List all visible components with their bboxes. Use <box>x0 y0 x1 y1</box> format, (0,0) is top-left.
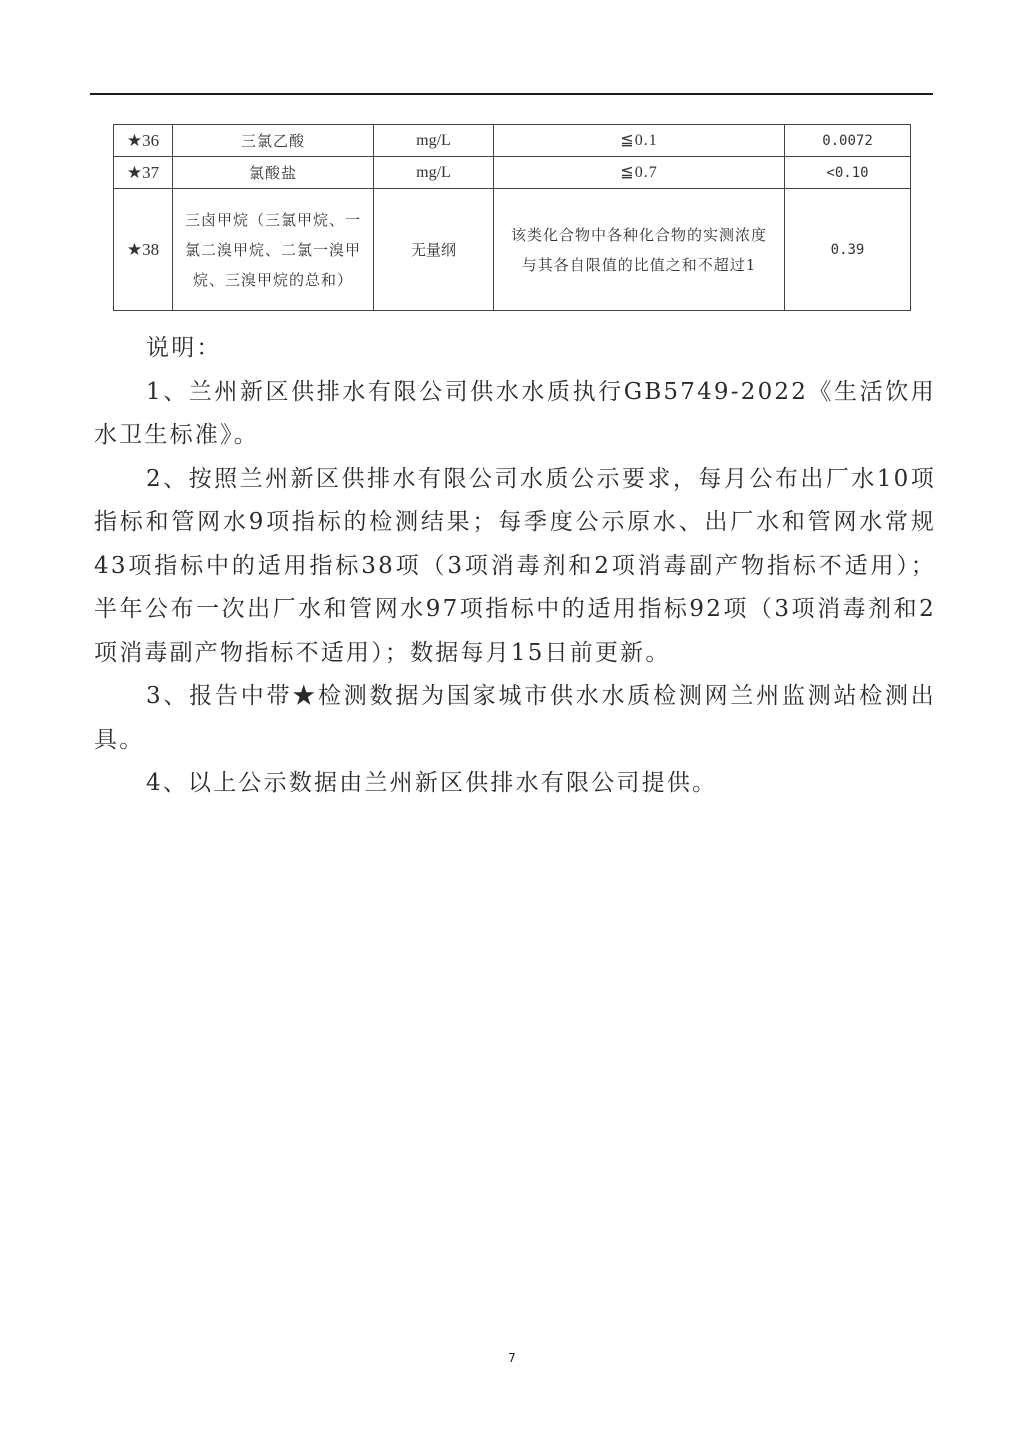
item-unit: mg/L <box>374 125 494 157</box>
item-limit: 该类化合物中各种化合物的实测浓度与其各自限值的比值之和不超过1 <box>494 189 785 311</box>
table-row: ★36 三氯乙酸 mg/L ≦0.1 0.0072 <box>114 125 911 157</box>
header-rule <box>90 93 933 95</box>
table-row: ★37 氯酸盐 mg/L ≦0.7 <0.10 <box>114 157 911 189</box>
item-name: 氯酸盐 <box>173 157 374 189</box>
item-name: 三卤甲烷（三氯甲烷、一氯二溴甲烷、二氯一溴甲烷、三溴甲烷的总和） <box>173 189 374 311</box>
item-limit-value: ≦0.1 <box>620 132 657 149</box>
note-item-4: 4、以上公示数据由兰州新区供排水有限公司提供。 <box>94 762 936 806</box>
item-unit: 无量纲 <box>374 189 494 311</box>
item-number: ★38 <box>114 189 173 311</box>
item-limit: ≦0.1 <box>494 125 785 157</box>
note-item-2: 2、按照兰州新区供排水有限公司水质公示要求，每月公布出厂水10项指标和管网水9项… <box>94 458 936 676</box>
notes-section: 说明： 1、兰州新区供排水有限公司供水水质执行GB5749-2022《生活饮用水… <box>94 327 936 806</box>
item-result: 0.39 <box>785 189 911 311</box>
item-number: ★36 <box>114 125 173 157</box>
item-result: 0.0072 <box>785 125 911 157</box>
item-name: 三氯乙酸 <box>173 125 374 157</box>
table-row: ★38 三卤甲烷（三氯甲烷、一氯二溴甲烷、二氯一溴甲烷、三溴甲烷的总和） 无量纲… <box>114 189 911 311</box>
item-limit: ≦0.7 <box>494 157 785 189</box>
item-number: ★37 <box>114 157 173 189</box>
item-unit: mg/L <box>374 157 494 189</box>
notes-title: 说明： <box>94 327 936 371</box>
page-number: 7 <box>0 1351 1024 1365</box>
note-item-1: 1、兰州新区供排水有限公司供水水质执行GB5749-2022《生活饮用水卫生标准… <box>94 371 936 458</box>
item-limit-value: ≦0.7 <box>620 164 657 181</box>
note-item-3: 3、报告中带★检测数据为国家城市供水水质检测网兰州监测站检测出具。 <box>94 675 936 762</box>
item-result: <0.10 <box>785 157 911 189</box>
water-quality-table: ★36 三氯乙酸 mg/L ≦0.1 0.0072 ★37 氯酸盐 mg/L ≦… <box>113 124 911 311</box>
